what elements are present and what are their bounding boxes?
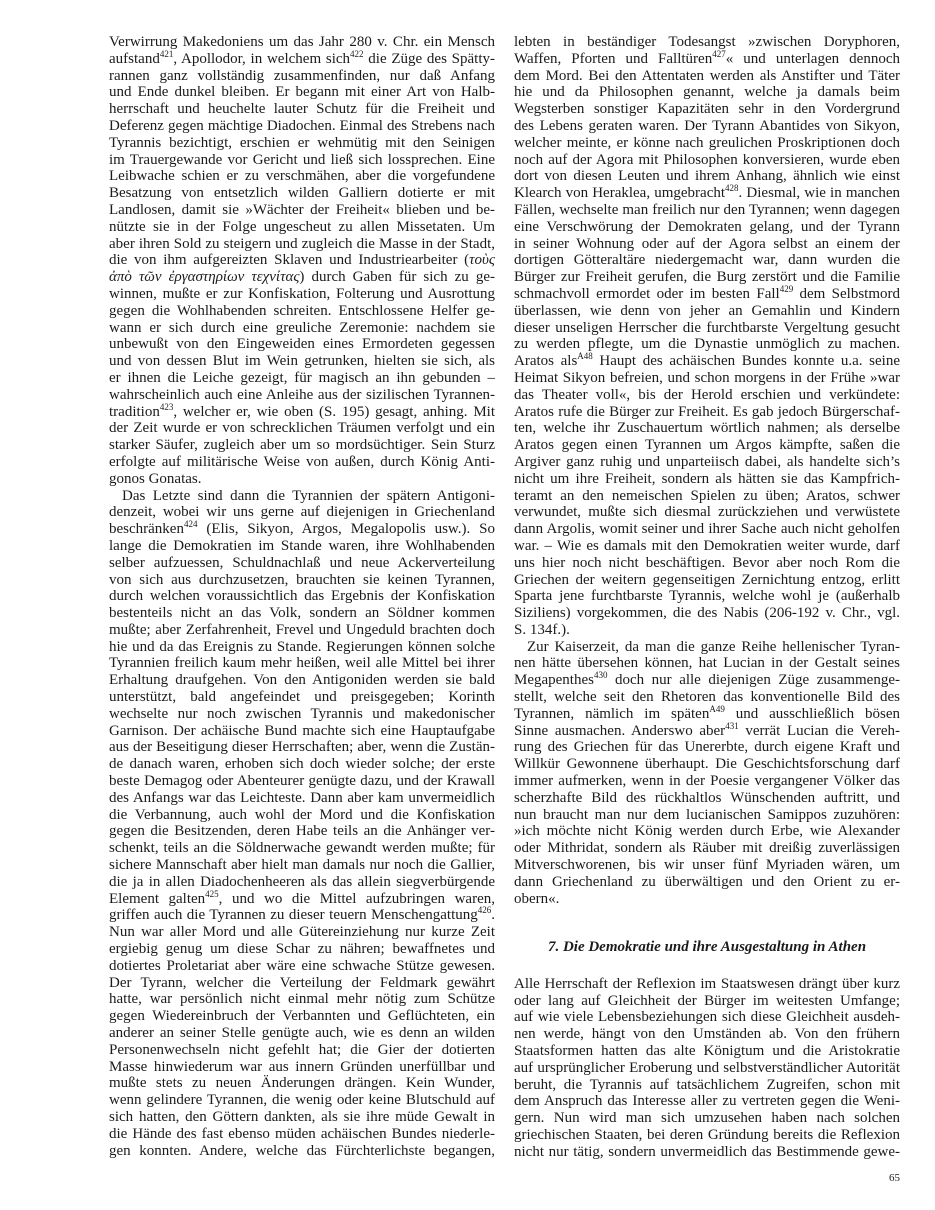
- text-line: hie und da Philosophen genannt, welche j…: [514, 84, 900, 101]
- text-line: wann er sich durch eine greuliche Zeremo…: [109, 320, 495, 337]
- text-line: scherzhafte Bild des rückhaltlos Wünsche…: [514, 790, 900, 807]
- footnote-ref: 430: [594, 670, 608, 680]
- text-line: aber ihren Sold zu steigern und zugleich…: [109, 236, 495, 253]
- text-line: dort von diesen Leuten und ihrem Anhang,…: [514, 168, 900, 185]
- text-line: der Zeit wurde er von schrecklichen Träu…: [109, 420, 495, 437]
- text-line: gern. Nun wird man sich umzusehen haben …: [514, 1110, 900, 1127]
- text-line: Argiver ganz ruhig und unparteiisch dabe…: [514, 454, 900, 471]
- text-line: mußte stets zu neuen Änderungen drängen.…: [109, 1075, 495, 1092]
- text-line: Waffen, Pforten und Falltüren427« und un…: [514, 51, 900, 68]
- text-line: Megapenthes430 doch nur alle diejenigen …: [514, 672, 900, 689]
- text-line: Bürger zur Freiheit gerufen, die Burg ze…: [514, 269, 900, 286]
- greek-text: ἀπὸ τῶν ἐργαστηρίων τεχνίτας: [109, 269, 299, 285]
- text-line: oder lang auf Gleichheit der Bürger im w…: [514, 993, 900, 1010]
- text-line: »ich möchte nicht König werden durch Erb…: [514, 823, 900, 840]
- text-line: nützte sie in der Folge ungescheut zu al…: [109, 219, 495, 236]
- paragraph-start-line: Das Letzte sind dann die Tyrannien der s…: [109, 488, 495, 505]
- text-line: unterstützt, bald angefeindet und preisg…: [109, 689, 495, 706]
- text-line: Besatzung von entsetzlich wilden Gallier…: [109, 185, 495, 202]
- text-line: sich hatten, den Göttern dankten, als si…: [109, 1109, 495, 1126]
- text-line: unbewußt von den Eingeweiden eines Ermor…: [109, 336, 495, 353]
- text-line: de danach waren, erhoben sich doch wiede…: [109, 756, 495, 773]
- text-line: Griechen der weitern gegenseitigen Zerni…: [514, 572, 900, 589]
- text-line: und von dessen Blut im Wein getrunken, h…: [109, 353, 495, 370]
- text-line: Sinne ausmachen. Anderswo aber431 verrät…: [514, 723, 900, 740]
- text-line: des Anfangs war das Leichteste. Dann abe…: [109, 790, 495, 807]
- paragraph-start-line: Alle Herrschaft der Reflexion im Staatsw…: [514, 976, 900, 993]
- text-line: rannen ganz vollständig zusammenfinden, …: [109, 68, 495, 85]
- text-line: uns hier noch nicht beschäftigen. Bevor …: [514, 555, 900, 572]
- text-line: Fällen, wechselte man freilich nur den T…: [514, 202, 900, 219]
- text-line: Siziliens) vorgekommen, die des Nabis (2…: [514, 605, 900, 622]
- text-line: Willkür Gewonnene überhaupt. Die Geschic…: [514, 756, 900, 773]
- text-line: in seiner Wohnung oder auf der Agora sel…: [514, 236, 900, 253]
- paragraph-start-line: Zur Kaiserzeit, da man die ganze Reihe h…: [514, 639, 900, 656]
- footnote-ref: 426: [478, 905, 492, 915]
- right-column: lebten in beständiger Todesangst »zwisch…: [514, 34, 900, 1161]
- text-line: lange die Demokratien im Stande waren, i…: [109, 538, 495, 555]
- text-line: ergiebig genug um diese Schar zu nähren;…: [109, 941, 495, 958]
- text-line: dieser unseligen Herrscher die furchtbar…: [514, 320, 900, 337]
- text-line: überlassen, wie denn von jeher an Gemahl…: [514, 303, 900, 320]
- text-line: Sparta jene furchtbarste Tyrannis, welch…: [514, 588, 900, 605]
- text-line: war. – Wie es damals mit den Demokratien…: [514, 538, 900, 555]
- text-line: auf ursprünglicher Eroberung und selbstv…: [514, 1060, 900, 1077]
- footnote-ref: 431: [725, 721, 739, 731]
- text-line: Staatsformen hatten das alte Königtum un…: [514, 1043, 900, 1060]
- text-line: Leibwache schien er zu verschmähen, aber…: [109, 168, 495, 185]
- text-line: dem Anspruch das Interesse aller zu vert…: [514, 1093, 900, 1110]
- text-line: dann Griechenland zu überwältigen und de…: [514, 874, 900, 891]
- text-line: die Verbannung, auch wohl der Mord und d…: [109, 807, 495, 824]
- footnote-ref: 422: [350, 49, 364, 59]
- text-line: starker Säufer, zugleich aber um so mord…: [109, 437, 495, 454]
- text-line: welcher meinte, er könne nach greulichen…: [514, 135, 900, 152]
- text-line: Aratos alsA48 Haupt des achäischen Bunde…: [514, 353, 900, 370]
- text-line: gegen die Wohlhabenden schreiten. Entsch…: [109, 303, 495, 320]
- text-line: von sich aus durchzusetzen, brauchten si…: [109, 572, 495, 589]
- footnote-ref: 423: [160, 402, 174, 412]
- text-line: und Ende dunkel bleiben. Er begann mit e…: [109, 84, 495, 101]
- text-line: nicht nur tätig, sondern unvermeidlich d…: [514, 1144, 900, 1161]
- text-line: griechischen Staaten, bei deren Gründung…: [514, 1127, 900, 1144]
- text-line: teramt an den nemeischen Spielen zu üben…: [514, 488, 900, 505]
- text-line: Mitverschworenen, bis wir unser fünf Myr…: [514, 857, 900, 874]
- text-line: dann Argolis, womit seiner und ihrer Sac…: [514, 521, 900, 538]
- text-line: Deferenz gegen mächtige Diadochen. Einma…: [109, 118, 495, 135]
- text-line: aus der Beseitigung dieser Herrschaften;…: [109, 739, 495, 756]
- text-line: schmachvoll ermordet oder im besten Fall…: [514, 286, 900, 303]
- text-line: lebten in beständiger Todesangst »zwisch…: [514, 34, 900, 51]
- text-line: Heimat Sikyon befreien, und schon morgen…: [514, 370, 900, 387]
- text-line: rung des Griechen für das Unererbte, dur…: [514, 739, 900, 756]
- text-line: anderer an seiner Stelle genügte auch, w…: [109, 1025, 495, 1042]
- text-line: dem Mord. Bei den Attentaten werden als …: [514, 68, 900, 85]
- book-page: Verwirrung Makedoniens um das Jahr 280 v…: [0, 0, 935, 1210]
- text-line: Element galten425, und wo die Mittel auf…: [109, 891, 495, 908]
- text-line: Der Tyrann, welcher die Verteilung der F…: [109, 975, 495, 992]
- footnote-ref: 429: [780, 284, 794, 294]
- text-line: stellt, welche seit den Rhetoren das kon…: [514, 689, 900, 706]
- text-line: durch welchen voraussichtlich das Ergebn…: [109, 588, 495, 605]
- text-line: Aratos rufe die Bürger zur Freiheit. Es …: [514, 404, 900, 421]
- text-line: gen konnten. Andere, welche das Fürchter…: [109, 1143, 495, 1160]
- text-line: Nun war aller Mord und alle Gütereinzieh…: [109, 924, 495, 941]
- text-line: sichere Mannschaft aber hielt man damals…: [109, 857, 495, 874]
- text-line: hie und da das Ereignis zu Stande. Regie…: [109, 639, 495, 656]
- text-line: dortigen Götteraltäre niedergemacht war,…: [514, 252, 900, 269]
- text-line: wenn gelindere Tyrannen, die wenig oder …: [109, 1092, 495, 1109]
- text-line: des Lebens geraten waren. Der Tyrann Aba…: [514, 118, 900, 135]
- text-line: gonos Gonatas.: [109, 471, 495, 488]
- text-line: winnen, mußte er zur Konfiskation, Folte…: [109, 286, 495, 303]
- text-line: das Theater voll«, bis der Herold erschi…: [514, 387, 900, 404]
- text-line: Tyrannis bezichtigt, erschien er wehmüti…: [109, 135, 495, 152]
- text-line: die ja in allen Diadochenheeren als das …: [109, 874, 495, 891]
- text-line: zu werden pflegte, um die Dynastie unmög…: [514, 336, 900, 353]
- text-line: nicht um ihre Freiheit, sondern als hätt…: [514, 471, 900, 488]
- text-line: auf wie viele Lebensbeziehungen sich die…: [514, 1009, 900, 1026]
- text-line: Garnison. Der achäische Bund machte sich…: [109, 723, 495, 740]
- text-line: selber aufzuessen, Schuldnachlaß und neu…: [109, 555, 495, 572]
- text-line: beruht, die Tyrannis auf tatsächlichem Z…: [514, 1077, 900, 1094]
- text-line: erfolgte auf militärische Weise von auße…: [109, 454, 495, 471]
- text-line: Wegsterben sonstiger Kapazitäten sehr in…: [514, 101, 900, 118]
- text-line: Tyrannien freilich kaum mehr heißen, wei…: [109, 655, 495, 672]
- text-line: Tyrannen, nämlich im spätenA49 und aussc…: [514, 706, 900, 723]
- text-line: ten, welche ihr Zuschauertum wörtlich na…: [514, 420, 900, 437]
- page-number: 65: [514, 1172, 900, 1184]
- footnote-ref: 427: [712, 49, 726, 59]
- text-line: schenkt, teils an die Söldnerwache gewan…: [109, 840, 495, 857]
- text-line: beschränken424 (Elis, Sikyon, Argos, Meg…: [109, 521, 495, 538]
- text-line: nen werde, hängt von den Umständen ab. V…: [514, 1026, 900, 1043]
- text-line: dotiertes Proletariat aber wäre eine sch…: [109, 958, 495, 975]
- footnote-ref: 421: [160, 49, 174, 59]
- text-line: die von ihm aufgereizten Sklaven und Ind…: [109, 252, 495, 269]
- text-line: obern«.: [514, 891, 900, 908]
- text-line: Masse hinwiederum war aus innern Gründen…: [109, 1059, 495, 1076]
- footnote-ref: 424: [184, 519, 198, 529]
- text-line: Erhaltung draufgehen. Von den Antigonide…: [109, 672, 495, 689]
- text-line: im Trauergewande vor Gericht und ließ si…: [109, 152, 495, 169]
- text-line: gegen Wiedereinbruch der Verbannten und …: [109, 1008, 495, 1025]
- text-line: wechselte nur noch zwischen Tyrannis und…: [109, 706, 495, 723]
- text-line: oder Mithridat, sondern als Räuber mit d…: [514, 840, 900, 857]
- section-heading: 7. Die Demokratie und ihre Ausgestaltung…: [514, 937, 900, 957]
- footnote-ref: 425: [205, 889, 219, 899]
- text-line: die Hände des fast ebenso müden achäisch…: [109, 1126, 495, 1143]
- text-line: eine Verschwörung der Demokraten gelang,…: [514, 219, 900, 236]
- annotation-ref: A49: [709, 704, 725, 714]
- text-line: beste Demagog oder Abenteurer genügte da…: [109, 773, 495, 790]
- text-line: tradition423, welcher er, wie oben (S. 1…: [109, 404, 495, 421]
- text-line: S. 134f.).: [514, 622, 900, 639]
- left-column: Verwirrung Makedoniens um das Jahr 280 v…: [109, 34, 495, 1159]
- text-line: Personenwechseln nicht gefehlt hat; die …: [109, 1042, 495, 1059]
- text-line: Landlosen, damit sie »Wächter der Freihe…: [109, 202, 495, 219]
- text-line: wahrscheinlich auch eine Anleihe aus der…: [109, 387, 495, 404]
- annotation-ref: A48: [577, 351, 593, 361]
- footnote-ref: 428: [725, 183, 739, 193]
- text-line: Klearch von Heraklea, umgebracht428. Die…: [514, 185, 900, 202]
- text-line: aufstand421, Apollodor, in welchem sich4…: [109, 51, 495, 68]
- text-line: noch auf der Agora mit Philosophen konve…: [514, 152, 900, 169]
- text-line: herrschaft und heuchelte lauter Schutz f…: [109, 101, 495, 118]
- text-line: Aratos gegen einen Tyrannen um Argos käm…: [514, 437, 900, 454]
- text-line: denzeit, wobei wir uns gerne auf diejeni…: [109, 504, 495, 521]
- text-line: ἀπὸ τῶν ἐργαστηρίων τεχνίτας) durch Gabe…: [109, 269, 495, 286]
- text-line: gegen die Besitzenden, deren Habe teils …: [109, 823, 495, 840]
- text-line: hatte, war persönlich nicht einmal mehr …: [109, 991, 495, 1008]
- text-line: mußte; aber Zerfahrenheit, Frevel und Un…: [109, 622, 495, 639]
- text-line: griffen auch die Tyrannen zu dieser teue…: [109, 907, 495, 924]
- text-line: immer aufmerken, wenn in der Poesie verg…: [514, 773, 900, 790]
- text-line: bestenteils nicht an das Volk, sondern a…: [109, 605, 495, 622]
- text-line: verwundet, mußte sich diesmal zurückzieh…: [514, 504, 900, 521]
- text-line: nen hätte übersehen können, hat Lucian i…: [514, 655, 900, 672]
- text-line: nun braucht man nur dem lucianischen Sam…: [514, 807, 900, 824]
- greek-text: τοὺς: [469, 252, 495, 268]
- text-line: er ihnen die Leiche gezeigt, für magisch…: [109, 370, 495, 387]
